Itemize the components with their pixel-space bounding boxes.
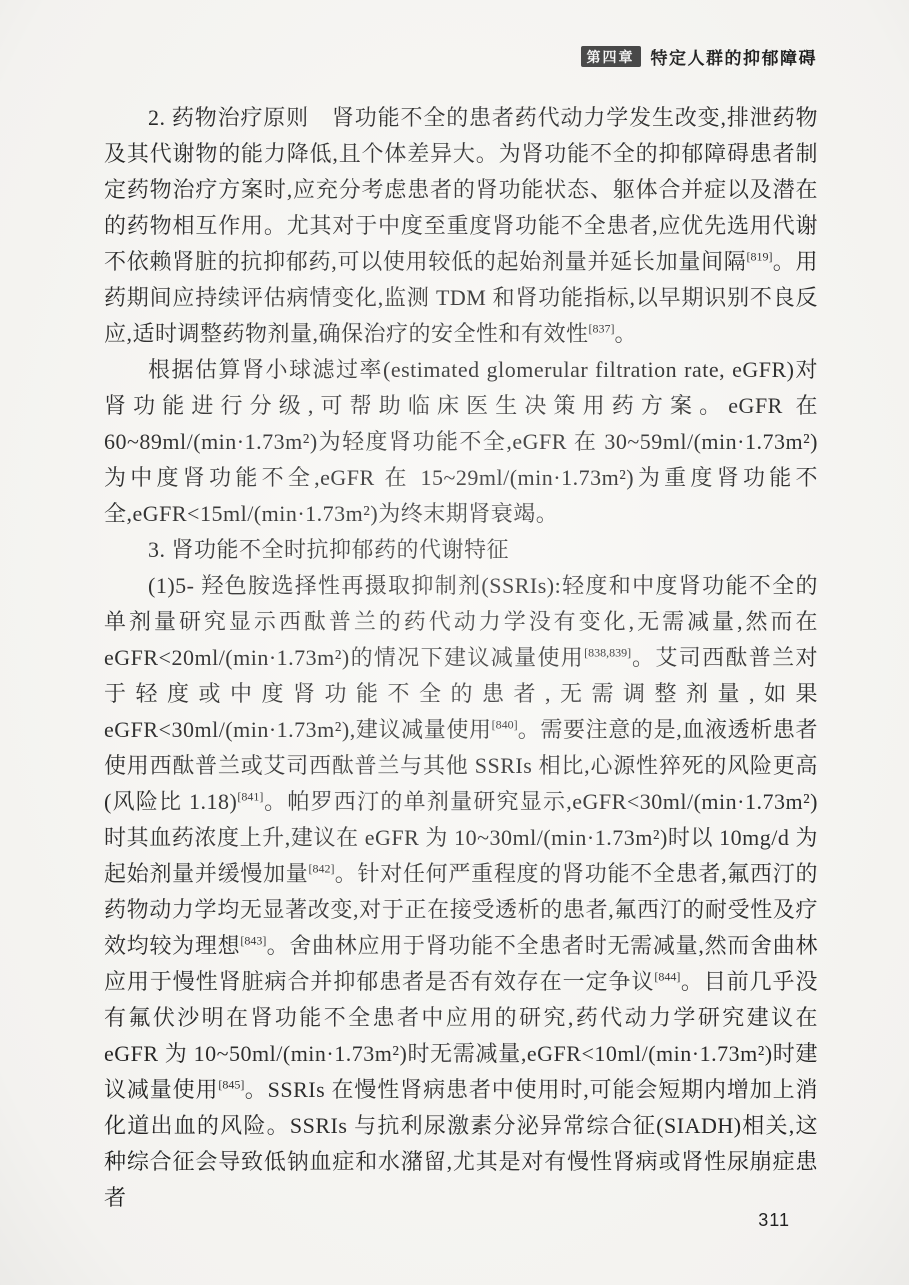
paragraph-egfr-classification: 根据估算肾小球滤过率(estimated glomerular filtrati… <box>104 352 818 532</box>
page-body: 2. 药物治疗原则 肾功能不全的患者药代动力学发生改变,排泄药物及其代谢物的能力… <box>104 100 818 1216</box>
heading-metabolic-characteristics: 3. 肾功能不全时抗抑郁药的代谢特征 <box>104 532 818 568</box>
page-header: 第四章 特定人群的抑郁障碍 <box>581 44 818 69</box>
text-run: 2. 药物治疗原则 肾功能不全的患者药代动力学发生改变,排泄药物及其代谢物的能力… <box>104 105 818 274</box>
paragraph-drug-treatment-principles: 2. 药物治疗原则 肾功能不全的患者药代动力学发生改变,排泄药物及其代谢物的能力… <box>104 100 818 352</box>
text-run: 3. 肾功能不全时抗抑郁药的代谢特征 <box>148 537 509 562</box>
reference-superscript: [844] <box>654 970 680 984</box>
reference-superscript: [819] <box>747 250 773 264</box>
reference-superscript: [845] <box>218 1078 244 1092</box>
reference-superscript: [842] <box>309 862 335 876</box>
reference-superscript: [838,839] <box>584 646 631 660</box>
text-run: 。 <box>615 321 638 346</box>
reference-superscript: [841] <box>237 790 263 804</box>
text-run: 根据估算肾小球滤过率(estimated glomerular filtrati… <box>104 357 818 526</box>
paragraph-ssris: (1)5- 羟色胺选择性再摄取抑制剂(SSRIs):轻度和中度肾功能不全的单剂量… <box>104 568 818 1216</box>
reference-superscript: [840] <box>492 718 518 732</box>
reference-superscript: [843] <box>240 934 266 948</box>
book-page: 第四章 特定人群的抑郁障碍 2. 药物治疗原则 肾功能不全的患者药代动力学发生改… <box>0 0 909 1285</box>
reference-superscript: [837] <box>589 322 615 336</box>
chapter-badge: 第四章 <box>581 46 641 67</box>
chapter-title: 特定人群的抑郁障碍 <box>651 44 818 69</box>
page-number: 311 <box>758 1210 790 1231</box>
